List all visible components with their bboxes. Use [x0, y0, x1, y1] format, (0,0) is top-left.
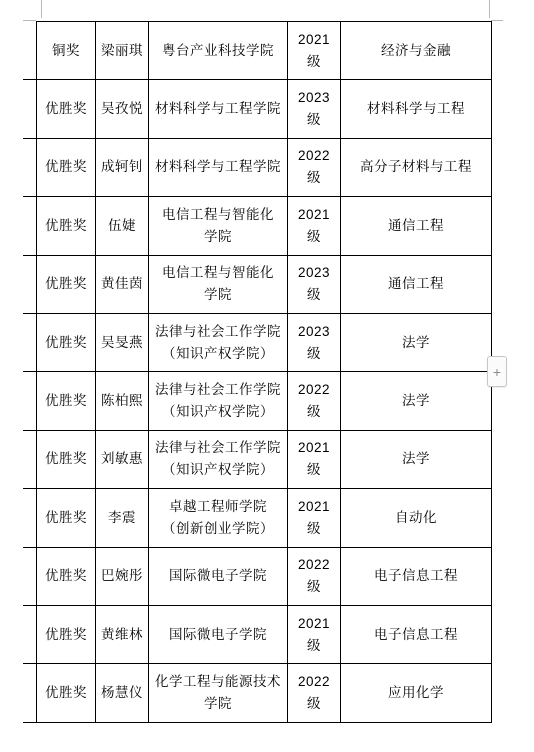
- cell-grade: 2021 级: [288, 605, 341, 663]
- cell-name: 刘敏惠: [96, 430, 149, 488]
- cell-college: 电信工程与智能化 学院: [149, 255, 288, 313]
- cell-major: 法学: [341, 313, 492, 371]
- cell-grade: 2023 级: [288, 255, 341, 313]
- cell-award: 优胜奖: [37, 547, 96, 605]
- table-row: 优胜奖 黄佳茵 电信工程与智能化 学院 2023 级 通信工程: [37, 255, 492, 313]
- cell-award: 优胜奖: [37, 80, 96, 138]
- cell-college: 法律与社会工作学院 （知识产权学院）: [149, 313, 288, 371]
- cell-grade: 2022 级: [288, 372, 341, 430]
- cell-award: 优胜奖: [37, 664, 96, 722]
- cell-grade: 2022 级: [288, 138, 341, 196]
- cell-major: 高分子材料与工程: [341, 138, 492, 196]
- cell-college: 粤台产业科技学院: [149, 22, 288, 80]
- cell-college: 法律与社会工作学院 （知识产权学院）: [149, 430, 288, 488]
- cell-name: 陈柏熙: [96, 372, 149, 430]
- cell-grade: 2022 级: [288, 664, 341, 722]
- cell-name: 吴旻燕: [96, 313, 149, 371]
- table-row: 优胜奖 刘敏惠 法律与社会工作学院 （知识产权学院） 2021 级 法学: [37, 430, 492, 488]
- table-row: 优胜奖 伍婕 电信工程与智能化 学院 2021 级 通信工程: [37, 197, 492, 255]
- cell-major: 法学: [341, 430, 492, 488]
- cell-award: 优胜奖: [37, 138, 96, 196]
- document-page: 铜奖 梁丽琪 粤台产业科技学院 2021 级 经济与金融 优胜奖 吴孜悦 材料科…: [0, 0, 534, 752]
- page-margin-mark-top-left-vertical: [41, 0, 42, 18]
- table-row: 优胜奖 杨慧仪 化学工程与能源技术 学院 2022 级 应用化学: [37, 664, 492, 722]
- cell-grade: 2021 级: [288, 430, 341, 488]
- cell-award: 优胜奖: [37, 255, 96, 313]
- cell-major: 电子信息工程: [341, 547, 492, 605]
- cell-name: 吴孜悦: [96, 80, 149, 138]
- cell-grade: 2021 级: [288, 197, 341, 255]
- cell-name: 黄维林: [96, 605, 149, 663]
- cell-name: 杨慧仪: [96, 664, 149, 722]
- cell-major: 通信工程: [341, 197, 492, 255]
- plus-icon: +: [493, 365, 501, 379]
- cell-award: 优胜奖: [37, 430, 96, 488]
- cell-name: 成轲钊: [96, 138, 149, 196]
- cell-award: 优胜奖: [37, 372, 96, 430]
- cell-major: 电子信息工程: [341, 605, 492, 663]
- cell-college: 材料科学与工程学院: [149, 138, 288, 196]
- awards-table: 铜奖 梁丽琪 粤台产业科技学院 2021 级 经济与金融 优胜奖 吴孜悦 材料科…: [36, 21, 492, 723]
- cell-major: 应用化学: [341, 664, 492, 722]
- cell-grade: 2021 级: [288, 489, 341, 547]
- cell-award: 铜奖: [37, 22, 96, 80]
- cell-name: 李震: [96, 489, 149, 547]
- cell-name: 梁丽琪: [96, 22, 149, 80]
- table-row: 优胜奖 成轲钊 材料科学与工程学院 2022 级 高分子材料与工程: [37, 138, 492, 196]
- cell-college: 国际微电子学院: [149, 547, 288, 605]
- table-row: 铜奖 梁丽琪 粤台产业科技学院 2021 级 经济与金融: [37, 22, 492, 80]
- cell-major: 自动化: [341, 489, 492, 547]
- insert-row-button[interactable]: +: [487, 356, 507, 387]
- cell-grade: 2022 级: [288, 547, 341, 605]
- cell-major: 经济与金融: [341, 22, 492, 80]
- table-row: 优胜奖 吴孜悦 材料科学与工程学院 2023 级 材料科学与工程: [37, 80, 492, 138]
- cell-grade: 2023 级: [288, 313, 341, 371]
- cell-college: 卓越工程师学院 （创新创业学院）: [149, 489, 288, 547]
- page-margin-mark-top-left-horizontal: [23, 20, 36, 21]
- cell-award: 优胜奖: [37, 489, 96, 547]
- cell-grade: 2023 级: [288, 80, 341, 138]
- table-row: 优胜奖 黄维林 国际微电子学院 2021 级 电子信息工程: [37, 605, 492, 663]
- cell-name: 巴婉彤: [96, 547, 149, 605]
- cell-college: 化学工程与能源技术 学院: [149, 664, 288, 722]
- cell-award: 优胜奖: [37, 197, 96, 255]
- cell-award: 优胜奖: [37, 313, 96, 371]
- cell-college: 电信工程与智能化 学院: [149, 197, 288, 255]
- cell-college: 法律与社会工作学院 （知识产权学院）: [149, 372, 288, 430]
- cell-grade: 2021 级: [288, 22, 341, 80]
- cell-major: 材料科学与工程: [341, 80, 492, 138]
- cell-college: 国际微电子学院: [149, 605, 288, 663]
- table-row: 优胜奖 吴旻燕 法律与社会工作学院 （知识产权学院） 2023 级 法学: [37, 313, 492, 371]
- page-margin-mark-top-right-horizontal: [491, 20, 503, 21]
- table-row: 优胜奖 陈柏熙 法律与社会工作学院 （知识产权学院） 2022 级 法学: [37, 372, 492, 430]
- table-row: 优胜奖 李震 卓越工程师学院 （创新创业学院） 2021 级 自动化: [37, 489, 492, 547]
- cell-name: 黄佳茵: [96, 255, 149, 313]
- page-margin-mark-top-right-vertical: [489, 0, 490, 18]
- table-row: 优胜奖 巴婉彤 国际微电子学院 2022 级 电子信息工程: [37, 547, 492, 605]
- cell-major: 法学: [341, 372, 492, 430]
- cell-name: 伍婕: [96, 197, 149, 255]
- cell-college: 材料科学与工程学院: [149, 80, 288, 138]
- cell-award: 优胜奖: [37, 605, 96, 663]
- cell-major: 通信工程: [341, 255, 492, 313]
